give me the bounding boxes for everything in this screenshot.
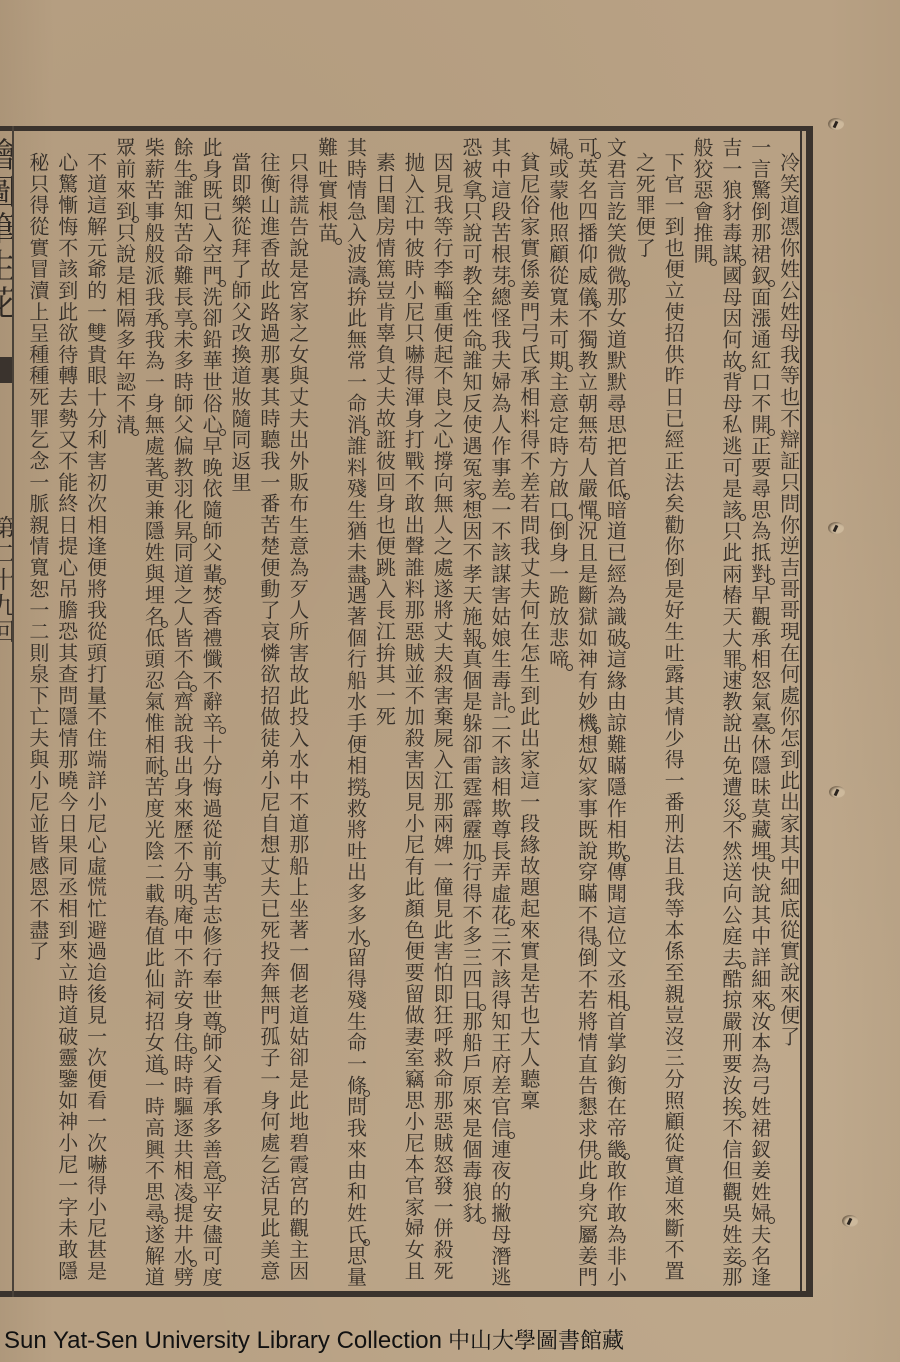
text-column: 因見我等行李輜重便起不良之心撐向無人之處遂將丈夫殺害棄屍入江那兩婢一僮見此害怕即… <box>427 137 456 1291</box>
punctuation-circle-icon: 。 <box>161 770 168 777</box>
text-column: 可。英名四播仰威儀。不獨教立朝無苟人嚴憚。況且是斷獄如神有妙機。想奴家事既說穿瞞… <box>572 137 601 1291</box>
page-frame-right-outer-rule <box>806 126 813 1297</box>
punctuation-circle-icon: 。 <box>566 152 573 159</box>
text-column: 其中這段苦根芽。總怪我夫婦為人作事差。一不該謀害姑娘生毒計。二不該相欺尊長弄虛花… <box>485 137 514 1291</box>
punctuation-circle-icon: 。 <box>479 855 486 862</box>
punctuation-circle-icon: 。 <box>161 919 168 926</box>
fishtail-mark-icon <box>0 357 12 383</box>
punctuation-circle-icon: 。 <box>739 1111 746 1118</box>
punctuation-circle-icon: 。 <box>594 1153 601 1160</box>
punctuation-circle-icon: 。 <box>219 280 226 287</box>
punctuation-circle-icon: 。 <box>219 727 226 734</box>
punctuation-circle-icon: 。 <box>363 1239 370 1246</box>
punctuation-circle-icon: 。 <box>190 174 197 181</box>
text-column: 抛入江中彼時小尼只嚇得渾身打戰不敢出聲誰料那惡賊並不加殺害因見小尼有此顏色便要留… <box>398 137 427 1291</box>
punctuation-circle-icon: 。 <box>739 813 746 820</box>
punctuation-circle-icon: 。 <box>594 940 601 947</box>
text-column: 餘生。誰知苦命難長享。未多時師父偏教羽化昇。同道之人皆不合。齊說我出身來歷不分明… <box>167 137 196 1291</box>
watermark-english: Sun Yat-Sen University Library Collectio… <box>4 1327 442 1354</box>
punctuation-circle-icon: 。 <box>768 280 775 287</box>
punctuation-circle-icon: 。 <box>479 493 486 500</box>
text-column: 冷笑道憑你姓公姓母我等也不辯証只問你逆吉哥哥現在何處你怎到此出家其中細底從實說來… <box>774 137 803 1291</box>
punctuation-circle-icon: 。 <box>594 301 601 308</box>
text-column: 貧尼俗家實係姜門弓氏承相料得不差若問我丈夫何在怎生到此出家這一段緣故題起來實是苦… <box>514 137 543 1291</box>
text-column: 不道這解元爺的一雙貴眼十分利害初次相逢便將我從頭打量不住端詳小尼心虛慌忙避過迨後… <box>81 137 110 1291</box>
punctuation-circle-icon: 。 <box>508 1132 515 1139</box>
punctuation-circle-icon: 。 <box>219 1175 226 1182</box>
punctuation-circle-icon: 。 <box>768 1004 775 1011</box>
punctuation-circle-icon: 。 <box>363 1090 370 1097</box>
punctuation-circle-icon: 。 <box>479 1217 486 1224</box>
text-column: 只得謊告說是宮家之女與丈夫出外販布生意為歹人所害故此投入水中不道那船上坐著一個老… <box>283 137 312 1291</box>
punctuation-circle-icon: 。 <box>739 664 746 671</box>
text-column: 眾前來到。只說是相隔多年認不清。 <box>110 137 139 1291</box>
punctuation-circle-icon: 。 <box>363 280 370 287</box>
text-column: 秘只得從實冒瀆上呈種種死罪乞念一脈親情寬恕一二則泉下亡夫與小尼並皆感恩不盡了 <box>23 137 52 1291</box>
punctuation-circle-icon: 。 <box>623 642 630 649</box>
punctuation-circle-icon: 。 <box>594 152 601 159</box>
paper-hole-icon <box>828 522 844 534</box>
punctuation-circle-icon: 。 <box>161 1068 168 1075</box>
text-column: 其時情急入波濤。拚此無常一命消。誰料殘生猶未盡。遇著個行船水手便相撈。救將吐出多… <box>341 137 370 1291</box>
text-column: 般狡惡會推開。 <box>687 137 716 1291</box>
punctuation-circle-icon: 。 <box>190 685 197 692</box>
text-column: 當即樂從拜了師父改換道妝隨同返里 <box>225 137 254 1291</box>
punctuation-circle-icon: 。 <box>363 791 370 798</box>
punctuation-circle-icon: 。 <box>219 1026 226 1033</box>
punctuation-circle-icon: 。 <box>363 578 370 585</box>
punctuation-circle-icon: 。 <box>739 962 746 969</box>
punctuation-circle-icon: 。 <box>768 429 775 436</box>
punctuation-circle-icon: 。 <box>190 536 197 543</box>
punctuation-circle-icon: 。 <box>739 259 746 266</box>
text-column: 文君言訖笑微微。那女道默默尋思把首低。暗道已經為識破。這緣由諒難瞞隱作相欺。傳聞… <box>600 137 629 1291</box>
text-column: 素日閨房情篤豈肯辜負丈夫故誑彼回身也便跳入長江拚其一死 <box>369 137 398 1291</box>
punctuation-circle-icon: 。 <box>623 1153 630 1160</box>
text-column: 之死罪便了 <box>629 137 658 1291</box>
punctuation-circle-icon: 。 <box>479 642 486 649</box>
punctuation-circle-icon: 。 <box>161 1217 168 1224</box>
punctuation-circle-icon: 。 <box>219 429 226 436</box>
paper-hole-icon <box>828 118 844 130</box>
punctuation-circle-icon: 。 <box>594 727 601 734</box>
punctuation-circle-icon: 。 <box>623 280 630 287</box>
punctuation-circle-icon: 。 <box>190 1196 197 1203</box>
text-column: 往衡山進香故此路過那裏其時聽我一番苦楚便動了哀憐欲招做徒弟小尼自想丈夫已死投奔無… <box>254 137 283 1291</box>
punctuation-circle-icon: 。 <box>479 344 486 351</box>
punctuation-circle-icon: 。 <box>161 472 168 479</box>
punctuation-circle-icon: 。 <box>768 855 775 862</box>
punctuation-circle-icon: 。 <box>566 365 573 372</box>
punctuation-circle-icon: 。 <box>363 429 370 436</box>
page-frame-bottom-rule <box>0 1291 813 1297</box>
punctuation-circle-icon: 。 <box>190 898 197 905</box>
punctuation-circle-icon: 。 <box>739 514 746 521</box>
text-column: 婦。或蒙他照顧從寬未可期。主意定時方啟口。倒身一跪放悲啼。 <box>543 137 572 1291</box>
punctuation-circle-icon: 。 <box>219 877 226 884</box>
punctuation-circle-icon: 。 <box>132 216 139 223</box>
chapter-label: 第二十九回 <box>0 515 12 645</box>
punctuation-circle-icon: 。 <box>508 493 515 500</box>
text-column: 吉一狼豺毒謀。國母因何故。背母私逃可是該。只此兩樁天大罪。速教說出免遭災。不然送… <box>716 137 745 1291</box>
text-column: 恐被拿。只說可教全性命。誰知反使遇冤家。想因不孝天施報。真個是躲卻雷霆霹靂加。行… <box>456 137 485 1291</box>
punctuation-circle-icon: 。 <box>710 259 717 266</box>
punctuation-circle-icon: 。 <box>335 238 342 245</box>
text-column: 一言驚倒那裙釵。面漲通紅口不開。正要尋思為抵對。早觀承相怒氣臺。休隱昧莫藏埋。快… <box>745 137 774 1291</box>
punctuation-circle-icon: 。 <box>190 323 197 330</box>
text-column: 心驚慚悔不該到此欲待轉去勢又不能終日提心吊膽恐其查問隱情那曉今日果同丞相到來立時… <box>52 137 81 1291</box>
punctuation-circle-icon: 。 <box>132 429 139 436</box>
punctuation-circle-icon: 。 <box>623 855 630 862</box>
punctuation-circle-icon: 。 <box>219 578 226 585</box>
punctuation-circle-icon: 。 <box>566 514 573 521</box>
punctuation-circle-icon: 。 <box>768 727 775 734</box>
punctuation-circle-icon: 。 <box>739 365 746 372</box>
punctuation-circle-icon: 。 <box>479 1004 486 1011</box>
punctuation-circle-icon: 。 <box>508 706 515 713</box>
text-column: 柴薪苦事般般派我承。我為一身無處著。更兼隱姓與埋名。低頭忍氣惟相耐。苦度光陰二載… <box>138 137 167 1291</box>
library-watermark: Sun Yat-Sen University Library Collectio… <box>4 1324 624 1355</box>
text-column: 難吐實根苗。 <box>312 137 341 1291</box>
punctuation-circle-icon: 。 <box>161 323 168 330</box>
watermark-chinese: 中山大學圖書館藏 <box>448 1329 624 1354</box>
paper-hole-icon <box>829 786 845 798</box>
punctuation-circle-icon: 。 <box>508 280 515 287</box>
punctuation-circle-icon: 。 <box>594 514 601 521</box>
punctuation-circle-icon: 。 <box>768 1217 775 1224</box>
book-spine-margin: 繪圖筆生花 第二十九回 <box>0 131 12 1291</box>
punctuation-circle-icon: 。 <box>566 664 573 671</box>
book-title: 繪圖筆生花 <box>0 137 12 322</box>
punctuation-circle-icon: 。 <box>623 493 630 500</box>
punctuation-circle-icon: 。 <box>363 940 370 947</box>
punctuation-circle-icon: 。 <box>161 621 168 628</box>
punctuation-circle-icon: 。 <box>190 1047 197 1054</box>
text-column: 此身既已入空門。洗卻鉛華世俗心。早晚依隨師父輩。焚香禮懺不辭辛。十分悔過從前事。… <box>196 137 225 1291</box>
text-body: 冷笑道憑你姓公姓母我等也不辯証只問你逆吉哥哥現在何處你怎到此出家其中細底從實說來… <box>23 137 803 1291</box>
punctuation-circle-icon: 。 <box>739 1260 746 1267</box>
page-frame-top-rule <box>0 126 813 131</box>
text-column: 下官一到也便立使招供昨日已經正法矣勸你倒是好生吐露其情少得一番刑法且我等本係至親… <box>658 137 687 1291</box>
punctuation-circle-icon: 。 <box>623 1004 630 1011</box>
punctuation-circle-icon: 。 <box>508 919 515 926</box>
paper-hole-icon <box>842 1215 858 1227</box>
punctuation-circle-icon: 。 <box>190 1260 197 1267</box>
punctuation-circle-icon: 。 <box>768 578 775 585</box>
punctuation-circle-icon: 。 <box>479 195 486 202</box>
page-frame-left-rule <box>12 126 14 1297</box>
